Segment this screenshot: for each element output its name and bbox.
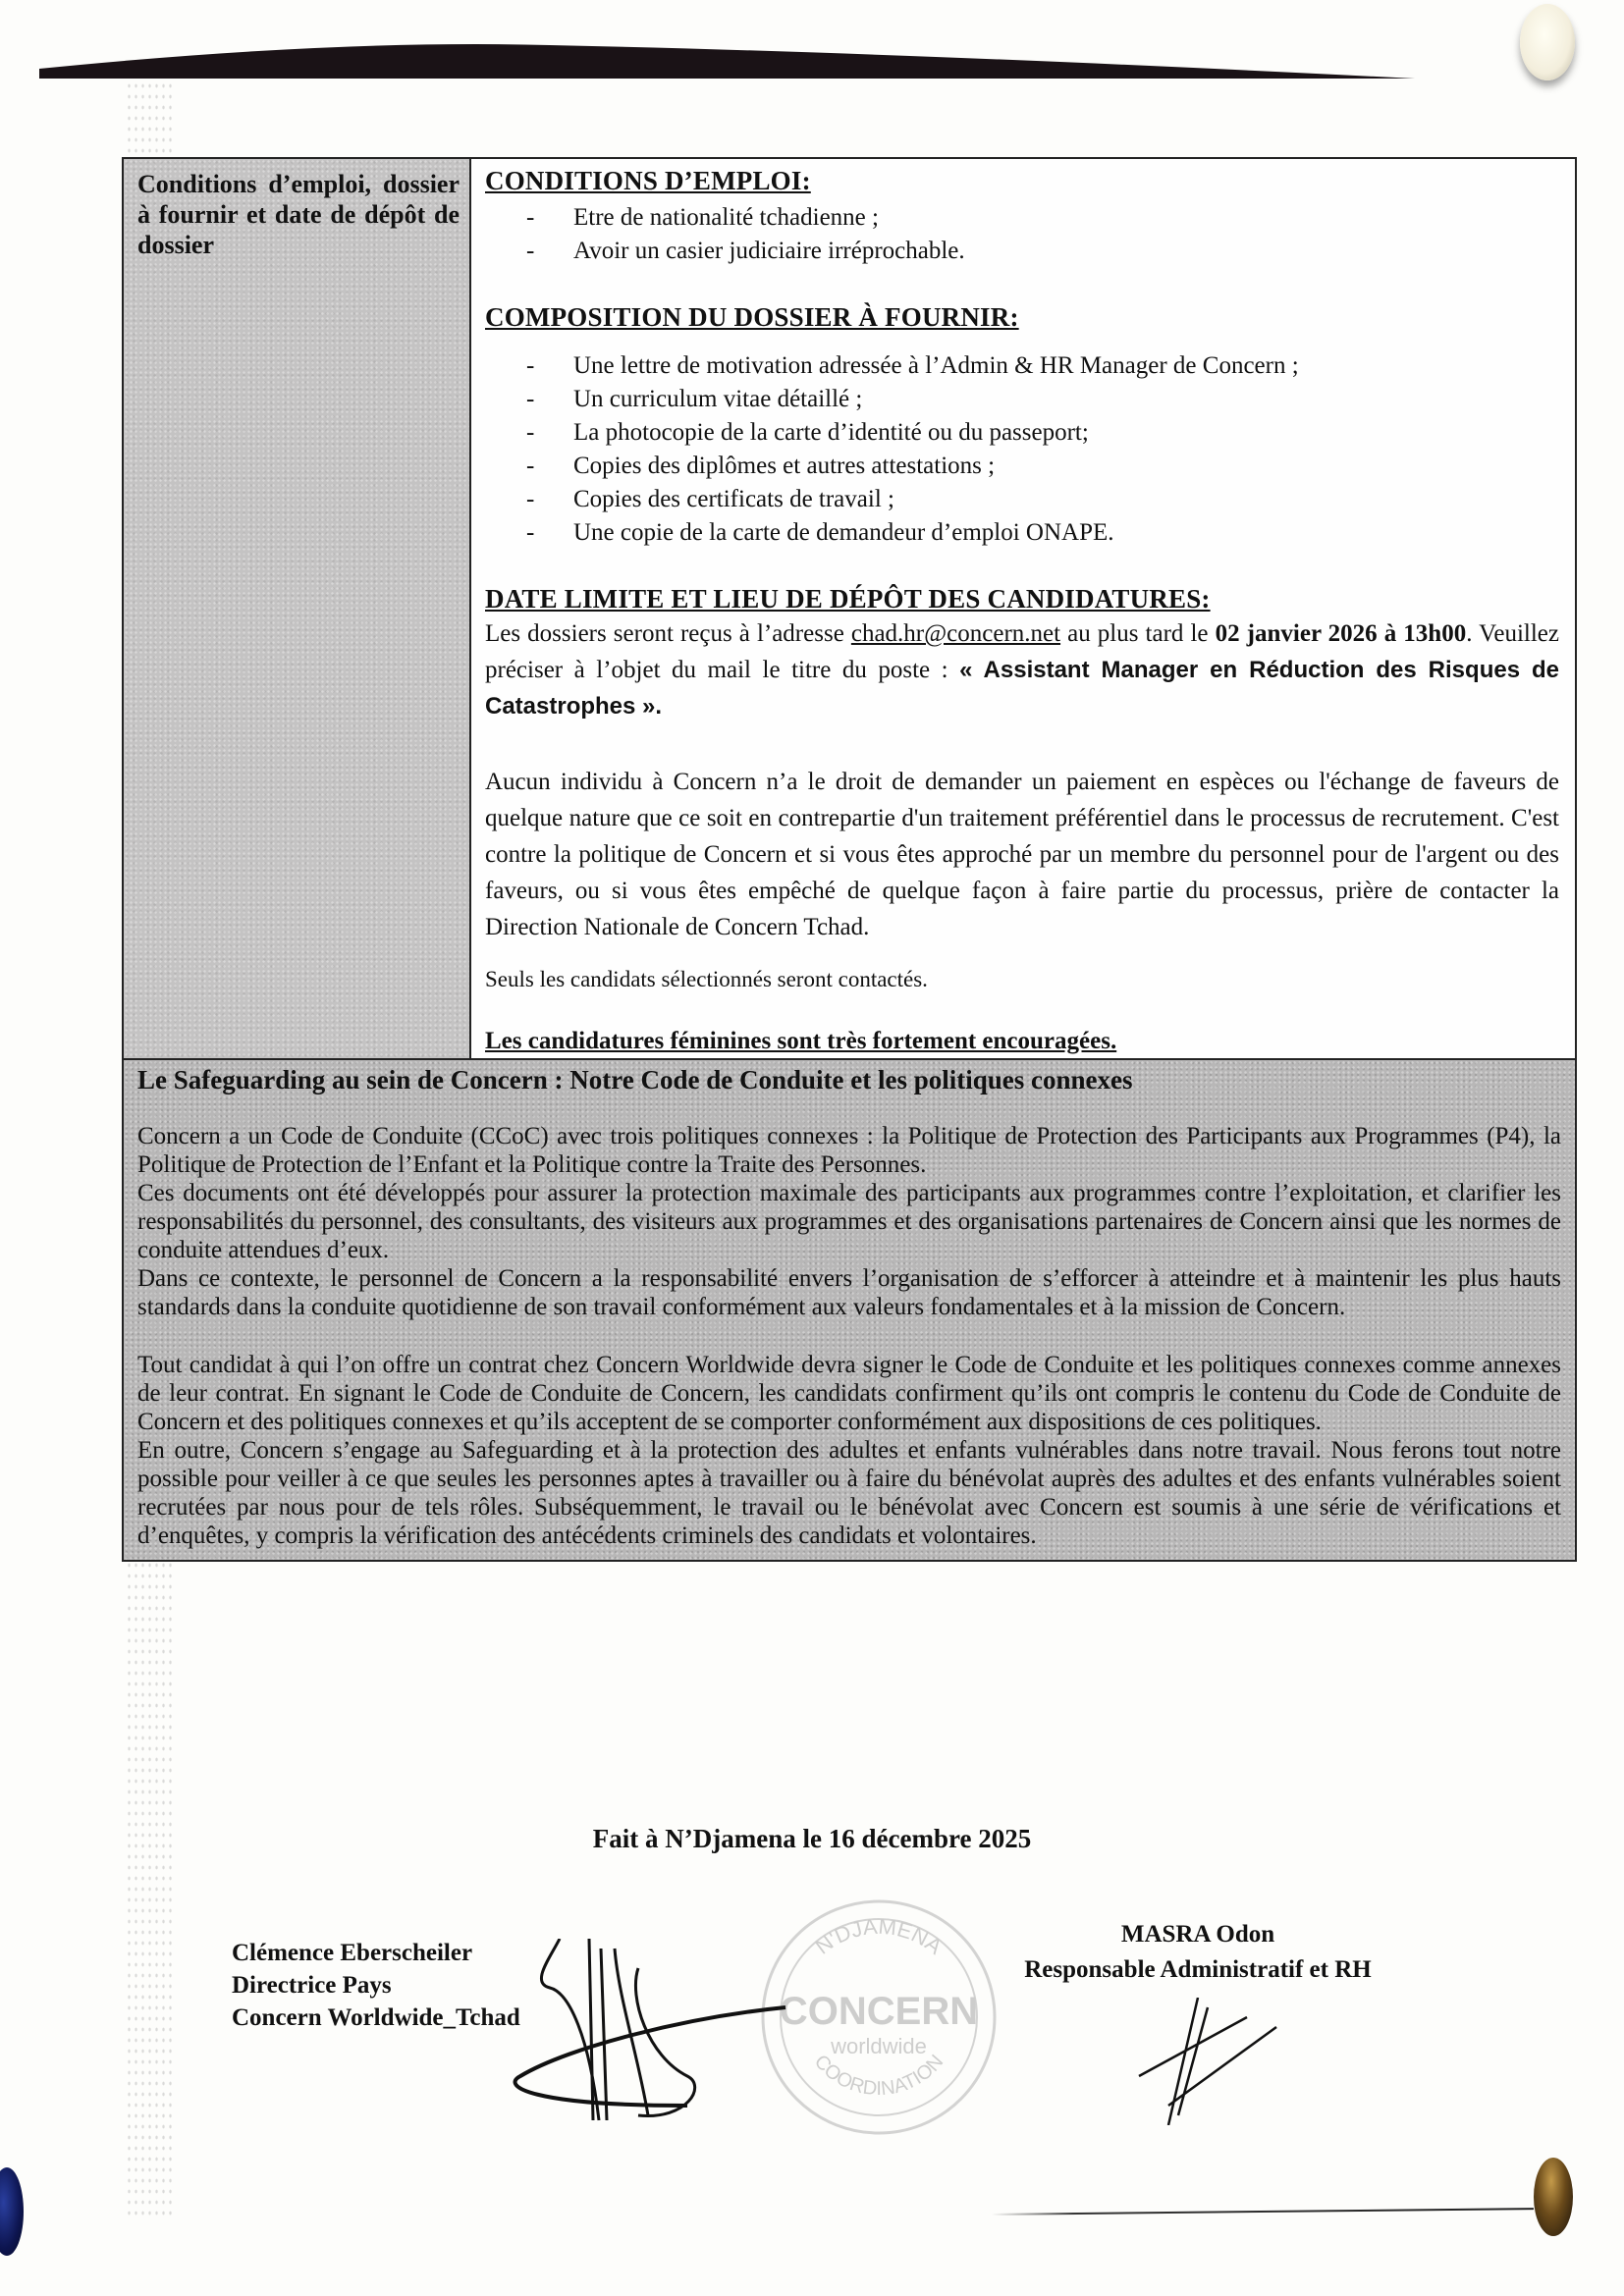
list-item: La photocopie de la carte d’identité ou … — [526, 416, 1559, 450]
dossier-title: COMPOSITION DU DOSSIER À FOURNIR: — [485, 301, 1559, 334]
list-item: Copies des diplômes et autres attestatio… — [526, 450, 1559, 483]
email-link[interactable]: chad.hr@concern.net — [851, 620, 1060, 647]
list-item: Avoir un casier judiciaire irréprochable… — [526, 235, 1559, 268]
list-item: Une copie de la carte de demandeur d’emp… — [526, 516, 1559, 550]
safeguarding-section: Le Safeguarding au sein de Concern : Not… — [123, 1059, 1576, 1561]
safeguarding-paragraph: Concern a un Code de Conduite (CCoC) ave… — [137, 1122, 1561, 1179]
signatory-role: Responsable Administratif et RH — [992, 1952, 1404, 1988]
row-label: Conditions d’emploi, dossier à fournir e… — [123, 158, 470, 1059]
conditions-title: CONDITIONS D’EMPLOI: — [485, 165, 1559, 197]
svg-text:CONCERN: CONCERN — [780, 1990, 978, 2033]
signature-icon — [491, 1939, 805, 2125]
signatory-org: Concern Worldwide_Tchad — [232, 2002, 520, 2034]
signatory-role: Directrice Pays — [232, 1969, 520, 2002]
dossier-list: Une lettre de motivation adressée à l’Ad… — [485, 349, 1559, 550]
paper-fold-shadow — [39, 39, 1453, 79]
deadline-date: 02 janvier 2026 à 13h00 — [1216, 620, 1467, 647]
svg-text:N'DJAMENA: N'DJAMENA — [811, 1914, 947, 1959]
signatory-right: MASRA Odon Responsable Administratif et … — [992, 1917, 1404, 1988]
signatory-name: MASRA Odon — [992, 1917, 1404, 1952]
signature-icon — [1129, 1998, 1286, 2125]
signatory-name: Clémence Eberscheiler — [232, 1937, 520, 1969]
list-item: Etre de nationalité tchadienne ; — [526, 201, 1559, 235]
safeguarding-paragraph: En outre, Concern s’engage au Safeguardi… — [137, 1436, 1561, 1550]
safeguarding-title: Le Safeguarding au sein de Concern : Not… — [137, 1066, 1561, 1095]
conditions-list: Etre de nationalité tchadienne ; Avoir u… — [485, 201, 1559, 268]
list-item: Copies des certificats de travail ; — [526, 483, 1559, 516]
signatory-left: Clémence Eberscheiler Directrice Pays Co… — [232, 1937, 520, 2034]
list-item: Un curriculum vitae détaillé ; — [526, 383, 1559, 416]
safeguarding-paragraph: Ces documents ont été développés pour as… — [137, 1179, 1561, 1264]
deadline-text: Les dossiers seront reçus à l’adresse ch… — [485, 615, 1559, 724]
svg-text:worldwide: worldwide — [830, 2034, 927, 2058]
no-payment-notice: Aucun individu à Concern n’a le droit de… — [485, 764, 1559, 945]
pushpin-icon — [0, 2167, 24, 2256]
safeguarding-paragraph: Dans ce contexte, le personnel de Concer… — [137, 1264, 1561, 1321]
pushpin-icon — [1534, 2158, 1573, 2236]
deadline-title: DATE LIMITE ET LIEU DE DÉPÔT DES CANDIDA… — [485, 583, 1559, 615]
female-encouraged-note: Les candidatures féminines sont très for… — [485, 1028, 1116, 1054]
conditions-content: CONDITIONS D’EMPLOI: Etre de nationalité… — [470, 158, 1576, 1059]
pin-needle — [992, 2208, 1534, 2216]
list-item: Une lettre de motivation adressée à l’Ad… — [526, 349, 1559, 383]
safeguarding-paragraph: Tout candidat à qui l’on offre un contra… — [137, 1351, 1561, 1436]
job-posting-table: Conditions d’emploi, dossier à fournir e… — [122, 157, 1577, 1562]
pushpin-icon — [1520, 4, 1575, 80]
signoff-place-date: Fait à N’Djamena le 16 décembre 2025 — [0, 1824, 1624, 1854]
selected-only-note: Seuls les candidats sélectionnés seront … — [485, 961, 1559, 997]
